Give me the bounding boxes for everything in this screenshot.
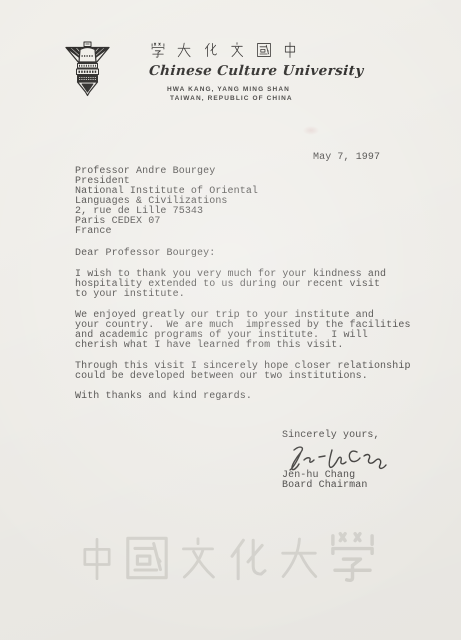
body-paragraph-2: We enjoyed greatly our trip to your inst… bbox=[75, 311, 411, 351]
body-paragraph-3: Through this visit I sincerely hope clos… bbox=[75, 362, 411, 382]
handwritten-signature bbox=[281, 443, 397, 473]
wm-char-da bbox=[277, 536, 321, 580]
letterhead-chinese-title bbox=[150, 42, 298, 58]
letterhead-location-line1: HWA KANG, YANG MING SHAN bbox=[167, 86, 290, 93]
salutation: Dear Professor Bourgey: bbox=[75, 249, 215, 259]
letter-date: May 7, 1997 bbox=[313, 153, 380, 163]
scan-smudge bbox=[303, 126, 319, 135]
letter-page: Chinese Culture University HWA KANG, YAN… bbox=[0, 0, 461, 640]
wm-char-xue bbox=[326, 530, 379, 583]
recipient-address-block: Professor Andre Bourgey President Nation… bbox=[75, 167, 258, 237]
wm-char-wen bbox=[176, 537, 220, 581]
watermark-chinese-name bbox=[76, 530, 379, 586]
cjk-char-guo bbox=[256, 42, 272, 58]
cjk-char-zhong bbox=[282, 42, 298, 58]
wm-char-hua bbox=[225, 536, 272, 583]
wm-char-zhong bbox=[76, 538, 118, 580]
cjk-char-hua bbox=[203, 42, 219, 58]
cjk-char-xue bbox=[150, 42, 166, 58]
cjk-char-da bbox=[176, 42, 192, 58]
letterhead-location-line2: TAIWAN, REPUBLIC OF CHINA bbox=[170, 95, 293, 102]
cjk-char-wen bbox=[229, 42, 245, 58]
body-paragraph-4: With thanks and kind regards. bbox=[75, 392, 252, 402]
university-crest-icon bbox=[63, 41, 112, 102]
signature-title: Board Chairman bbox=[282, 481, 367, 491]
closing: Sincerely yours, bbox=[282, 431, 380, 441]
wm-char-guo bbox=[123, 534, 171, 582]
body-paragraph-1: I wish to thank you very much for your k… bbox=[75, 270, 386, 300]
university-name-text: Chinese Culture University bbox=[148, 63, 364, 79]
